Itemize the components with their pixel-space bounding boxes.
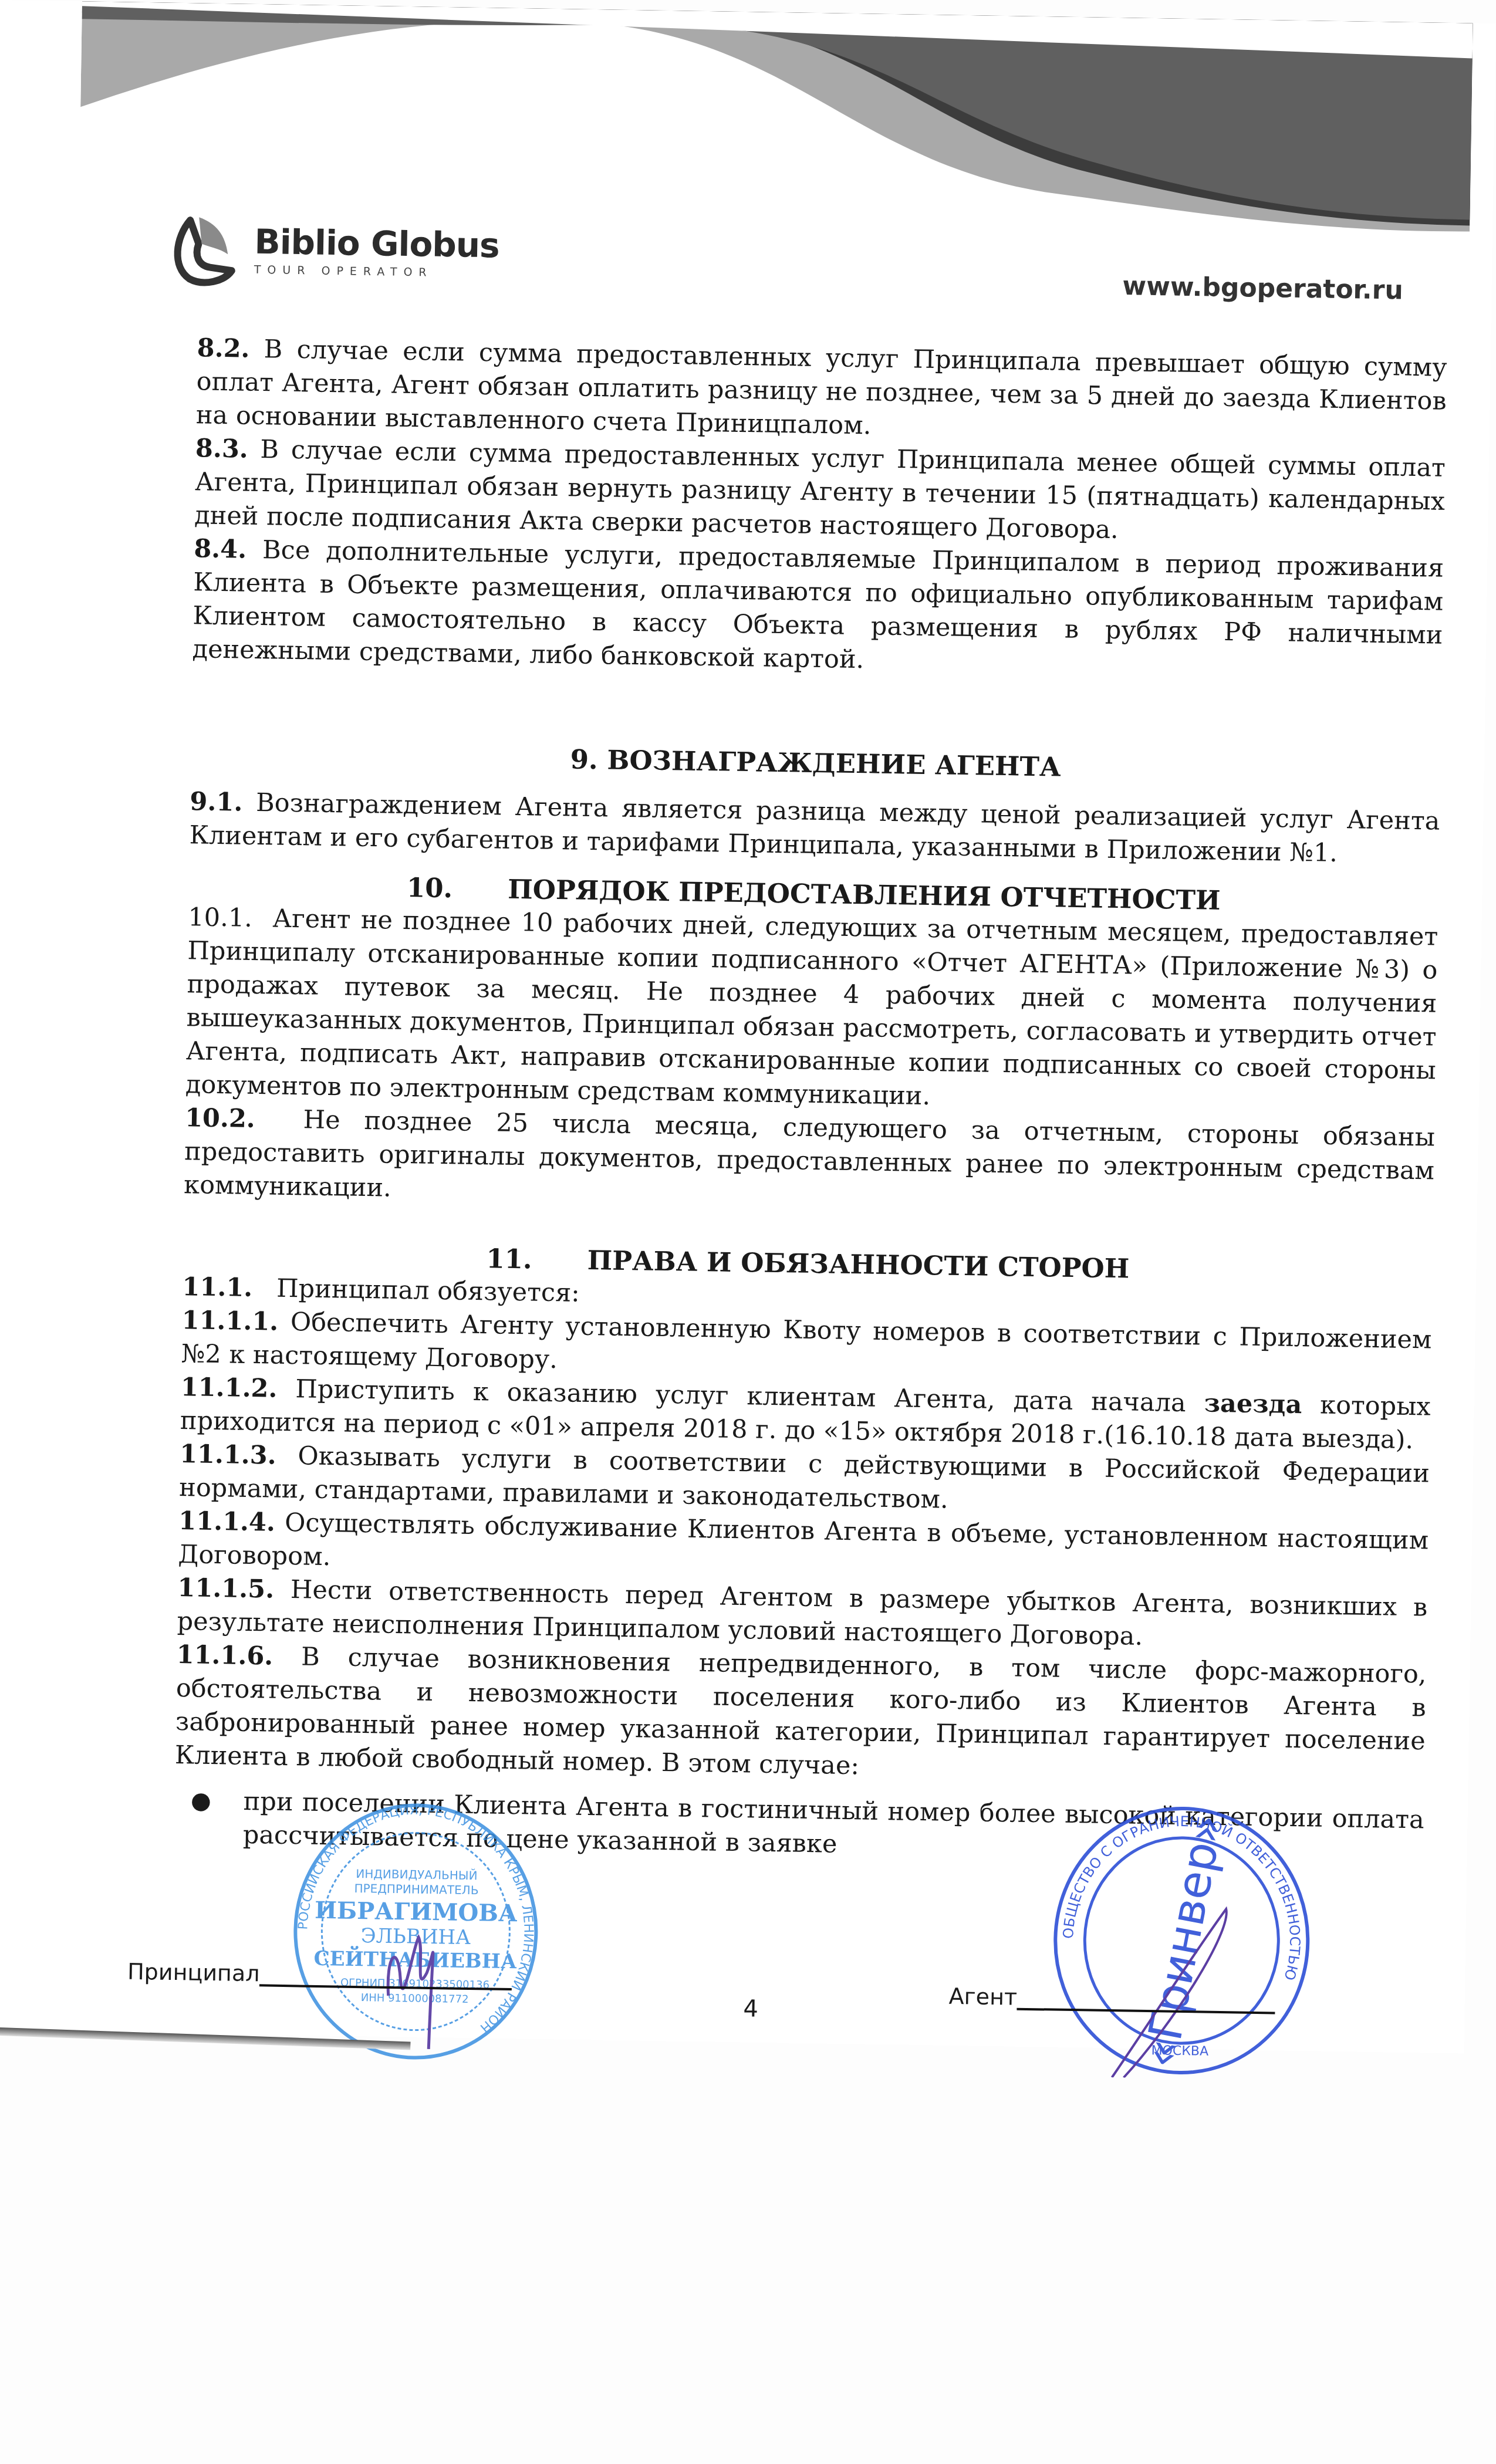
clause-10-1: 10.1. Агент не позднее 10 рабочих дней, … bbox=[185, 901, 1438, 1121]
agent-signature-field: Агент bbox=[948, 1981, 1275, 2015]
svg-text:ПРЕДПРИНИМАТЕЛЬ: ПРЕДПРИНИМАТЕЛЬ bbox=[354, 1881, 478, 1897]
website-url: www.bgoperator.ru bbox=[1122, 271, 1403, 306]
biblio-globus-logo-icon bbox=[166, 211, 243, 289]
agent-label: Агент bbox=[948, 1983, 1017, 2010]
clause-10-2: 10.2. Не позднее 25 числа месяца, следую… bbox=[184, 1101, 1435, 1221]
bullet-item: ● при поселении Клиента Агента в гостини… bbox=[173, 1784, 1424, 1870]
svg-text:ИНДИВИДУАЛЬНЫЙ: ИНДИВИДУАЛЬНЫЙ bbox=[356, 1867, 478, 1882]
header-wave-graphic bbox=[79, 1, 1473, 240]
clause-8-2: 8.2. В случае если сумма предоставленных… bbox=[195, 332, 1447, 451]
svg-text:ЭЛЬВИНА: ЭЛЬВИНА bbox=[360, 1924, 471, 1949]
svg-text:МОСКВА: МОСКВА bbox=[1151, 2043, 1208, 2059]
svg-text:ИБРАГИМОВА: ИБРАГИМОВА bbox=[315, 1897, 518, 1927]
clause-8-4: 8.4. Все дополнительные услуги, предоста… bbox=[192, 532, 1444, 685]
principal-signature-field: Принципал bbox=[127, 1956, 512, 1990]
scanned-page: Biblio Globus TOUR OPERATOR www.bgoperat… bbox=[0, 0, 1496, 2054]
brand-logo: Biblio Globus TOUR OPERATOR bbox=[166, 211, 499, 293]
document-body: 8.2. В случае если сумма предоставленных… bbox=[173, 332, 1447, 1870]
brand-subtitle: TOUR OPERATOR bbox=[254, 263, 499, 280]
page-number: 4 bbox=[743, 1995, 758, 2022]
clause-11-1-6: 11.1.6. В случае возникновения непредвид… bbox=[175, 1638, 1427, 1792]
clause-8-3: 8.3. В случае если сумма предоставленных… bbox=[194, 432, 1446, 552]
brand-name: Biblio Globus bbox=[254, 225, 499, 263]
principal-label: Принципал bbox=[127, 1959, 260, 1987]
bullet-dot-icon: ● bbox=[173, 1784, 244, 1852]
